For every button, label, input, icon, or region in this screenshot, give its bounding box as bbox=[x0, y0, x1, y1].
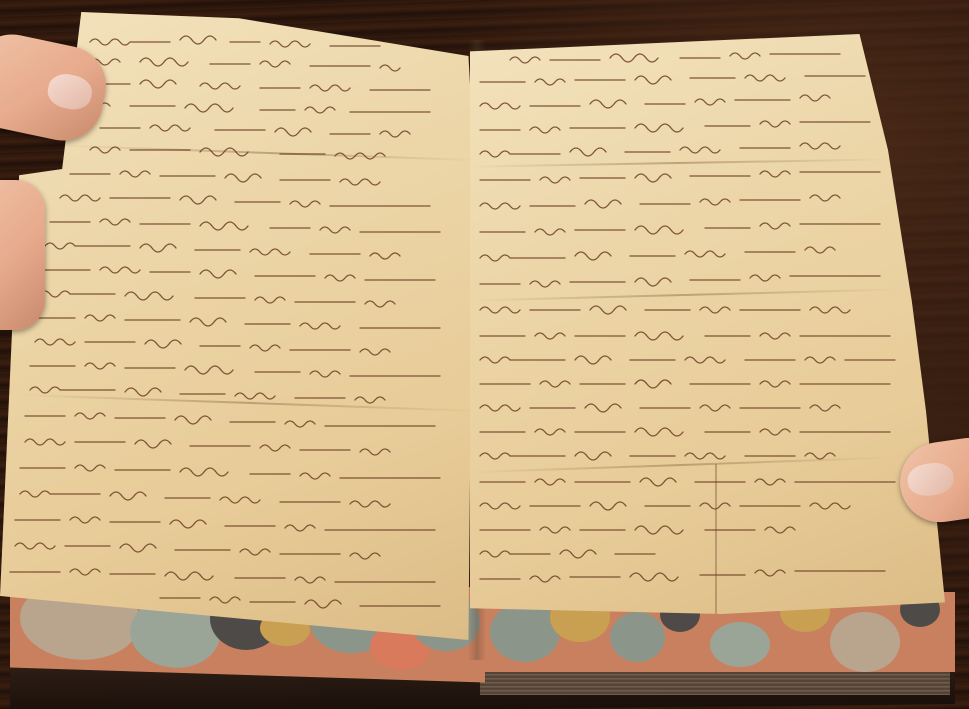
handwritten-letter-right-page: Second handwritten sheet, ~24 lines of b… bbox=[470, 34, 945, 614]
handwriting-script-right bbox=[470, 34, 945, 614]
photo-scene: Handwritten manuscript letter in an old … bbox=[0, 0, 969, 709]
thumbnail bbox=[906, 460, 956, 498]
left-hand-fingers bbox=[0, 180, 45, 330]
fingernail bbox=[45, 71, 95, 113]
